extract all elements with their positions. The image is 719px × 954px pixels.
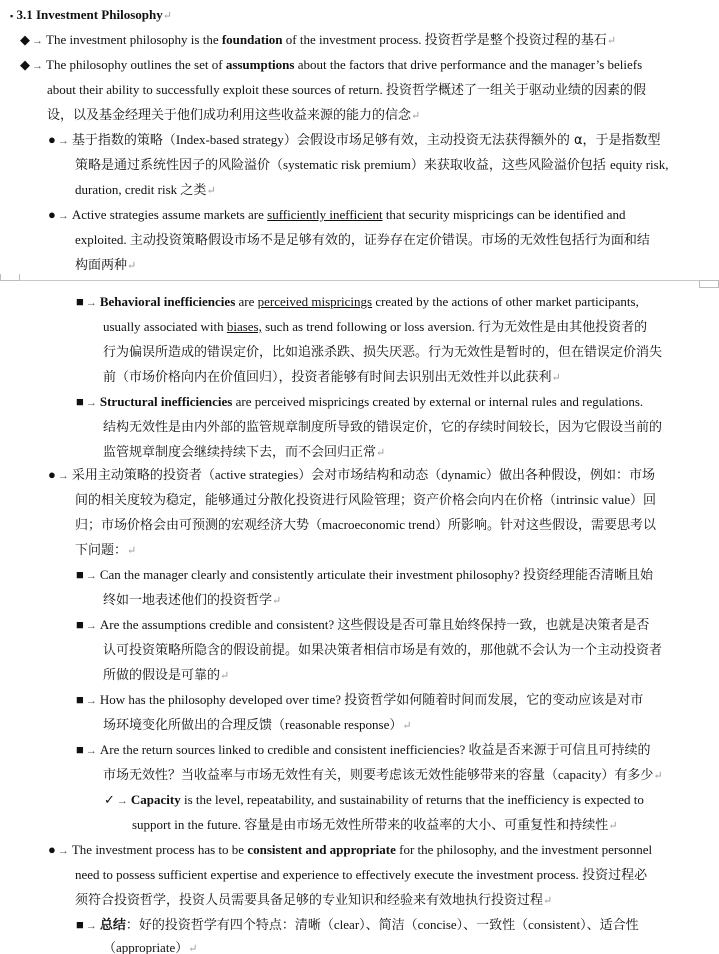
square-bullet-icon: ■	[76, 617, 84, 632]
list-item: ●→采用主动策略的投资者（active strategies）会对市场结构和动态…	[48, 462, 655, 489]
tab-arrow-icon: →	[86, 695, 97, 707]
list-item: ◆→The philosophy outlines the set of ass…	[20, 52, 642, 79]
list-item-continuation: 终如一地表述他们的投资哲学↵	[103, 587, 281, 614]
list-item: ●→基于指数的策略（Index-based strategy）会假设市场足够有效…	[48, 127, 661, 154]
paragraph-mark-icon: ↵	[220, 670, 229, 682]
tab-arrow-icon: →	[86, 397, 97, 409]
list-item: ●→Active strategies assume markets are s…	[48, 202, 626, 229]
tab-arrow-icon: →	[32, 60, 43, 72]
section-heading: ▪ 3.1 Investment Philosophy↵	[10, 2, 172, 29]
list-item-continuation: 间的相关度较为稳定，能够通过分散化投资进行风险管理；资产价格会向内在价格（int…	[75, 487, 656, 513]
list-item-continuation: 认可投资策略所隐含的假设前提。如果决策者相信市场是有效的，那他就不会认为一个主动…	[103, 637, 662, 663]
list-item: ■→Are the assumptions credible and consi…	[76, 612, 649, 639]
list-item-continuation: 结构无效性是由内外部的监管规章制度所导致的错误定价，它的存续时间较长，因为它假设…	[103, 414, 662, 440]
list-item-continuation: about their ability to successfully expl…	[47, 77, 646, 103]
list-item: ●→The investment process has to be consi…	[48, 837, 652, 864]
heading-title: Investment Philosophy	[36, 7, 163, 22]
list-item-continuation: 归；市场价格会由可预测的宏观经济大势（macroeconomic trend）所…	[75, 512, 656, 538]
tab-arrow-icon: →	[58, 845, 69, 857]
list-item: ■→Behavioral inefficiencies are perceive…	[76, 289, 639, 316]
paragraph-mark-icon: ↵	[376, 447, 385, 459]
list-item: ◆→The investment philosophy is the found…	[20, 27, 616, 54]
tab-arrow-icon: →	[86, 745, 97, 757]
square-bullet-icon: ■	[76, 394, 84, 409]
diamond-bullet-icon: ◆	[20, 32, 30, 47]
paragraph-mark-icon: ↵	[206, 185, 215, 197]
tab-arrow-icon: →	[117, 795, 128, 807]
tab-arrow-icon: →	[58, 135, 69, 147]
paragraph-mark-icon: ↵	[163, 10, 172, 22]
paragraph-mark-icon: ↵	[127, 545, 136, 557]
list-item-continuation: 所做的假设是可靠的↵	[103, 662, 229, 689]
list-item-continuation: 策略是通过系统性因子的风险溢价（systematic risk premium）…	[75, 152, 668, 178]
list-item-continuation: support in the future. 容量是由市场无效性所带来的收益率的…	[132, 812, 618, 839]
list-item-continuation: 场环境变化所做出的合理反馈（reasonable response）↵	[103, 712, 412, 739]
paragraph-mark-icon: ↵	[543, 895, 552, 907]
paragraph-mark-icon: ↵	[188, 943, 197, 954]
heading-number: 3.1	[16, 7, 32, 22]
paragraph-mark-icon: ↵	[607, 35, 616, 47]
square-bullet-icon: ■	[76, 742, 84, 757]
paragraph-mark-icon: ↵	[411, 110, 420, 122]
list-item-continuation: 须符合投资哲学，投资人员需要具备足够的专业知识和经验来有效地执行投资过程↵	[75, 887, 552, 914]
heading-bullet: ▪	[10, 11, 13, 21]
square-bullet-icon: ■	[76, 567, 84, 582]
list-item-continuation: 设，以及基金经理关于他们成功利用这些收益来源的能力的信念↵	[47, 102, 420, 129]
page-corner-marker	[699, 280, 719, 288]
circle-bullet-icon: ●	[48, 842, 56, 857]
list-item-continuation: duration, credit risk 之类↵	[75, 177, 216, 204]
tab-arrow-icon: →	[58, 470, 69, 482]
list-item: ■→Are the return sources linked to credi…	[76, 737, 651, 764]
tab-arrow-icon: →	[86, 620, 97, 632]
square-bullet-icon: ■	[76, 917, 84, 932]
circle-bullet-icon: ●	[48, 467, 56, 482]
page-break-divider	[0, 280, 719, 281]
tab-arrow-icon: →	[58, 210, 69, 222]
list-item-continuation: exploited. 主动投资策略假设市场不是足够有效的，证券存在定价错误。市场…	[75, 227, 650, 253]
paragraph-mark-icon: ↵	[272, 595, 281, 607]
list-item-continuation: 构面两种↵	[75, 252, 136, 279]
checkmark-bullet-icon: ✓	[104, 792, 115, 807]
list-item-continuation: （appropriate）↵	[103, 935, 197, 954]
circle-bullet-icon: ●	[48, 207, 56, 222]
tab-arrow-icon: →	[86, 920, 97, 932]
tab-arrow-icon: →	[32, 35, 43, 47]
paragraph-mark-icon: ↵	[402, 720, 411, 732]
list-item: ■→How has the philosophy developed over …	[76, 687, 643, 714]
list-item-continuation: 下问题：↵	[75, 537, 136, 564]
tab-arrow-icon: →	[86, 297, 97, 309]
list-item-continuation: usually associated with biases, such as …	[103, 314, 647, 340]
list-item-continuation: 行为偏误所造成的错误定价，比如追涨杀跌、损失厌恶。行为无效性是暂时的，但在错误定…	[103, 339, 662, 365]
list-item: ✓→Capacity is the level, repeatability, …	[104, 787, 644, 814]
square-bullet-icon: ■	[76, 294, 84, 309]
list-item: ■→Can the manager clearly and consistent…	[76, 562, 653, 589]
list-item-continuation: need to possess sufficient expertise and…	[75, 862, 647, 888]
list-item-continuation: 前（市场价格向内在价值回归），投资者能够有时间去识别出无效性并以此获利↵	[103, 364, 561, 391]
circle-bullet-icon: ●	[48, 132, 56, 147]
square-bullet-icon: ■	[76, 692, 84, 707]
paragraph-mark-icon: ↵	[127, 260, 136, 272]
paragraph-mark-icon: ↵	[552, 372, 561, 384]
tab-arrow-icon: →	[86, 570, 97, 582]
list-item-continuation: 市场无效性？当收益率与市场无效性有关，则要考虑该无效性能够带来的容量（capac…	[103, 762, 663, 789]
paragraph-mark-icon: ↵	[608, 820, 617, 832]
list-item: ■→Structural inefficiencies are perceive…	[76, 389, 643, 416]
page-corner-marker	[0, 274, 20, 281]
diamond-bullet-icon: ◆	[20, 57, 30, 72]
paragraph-mark-icon: ↵	[653, 770, 662, 782]
